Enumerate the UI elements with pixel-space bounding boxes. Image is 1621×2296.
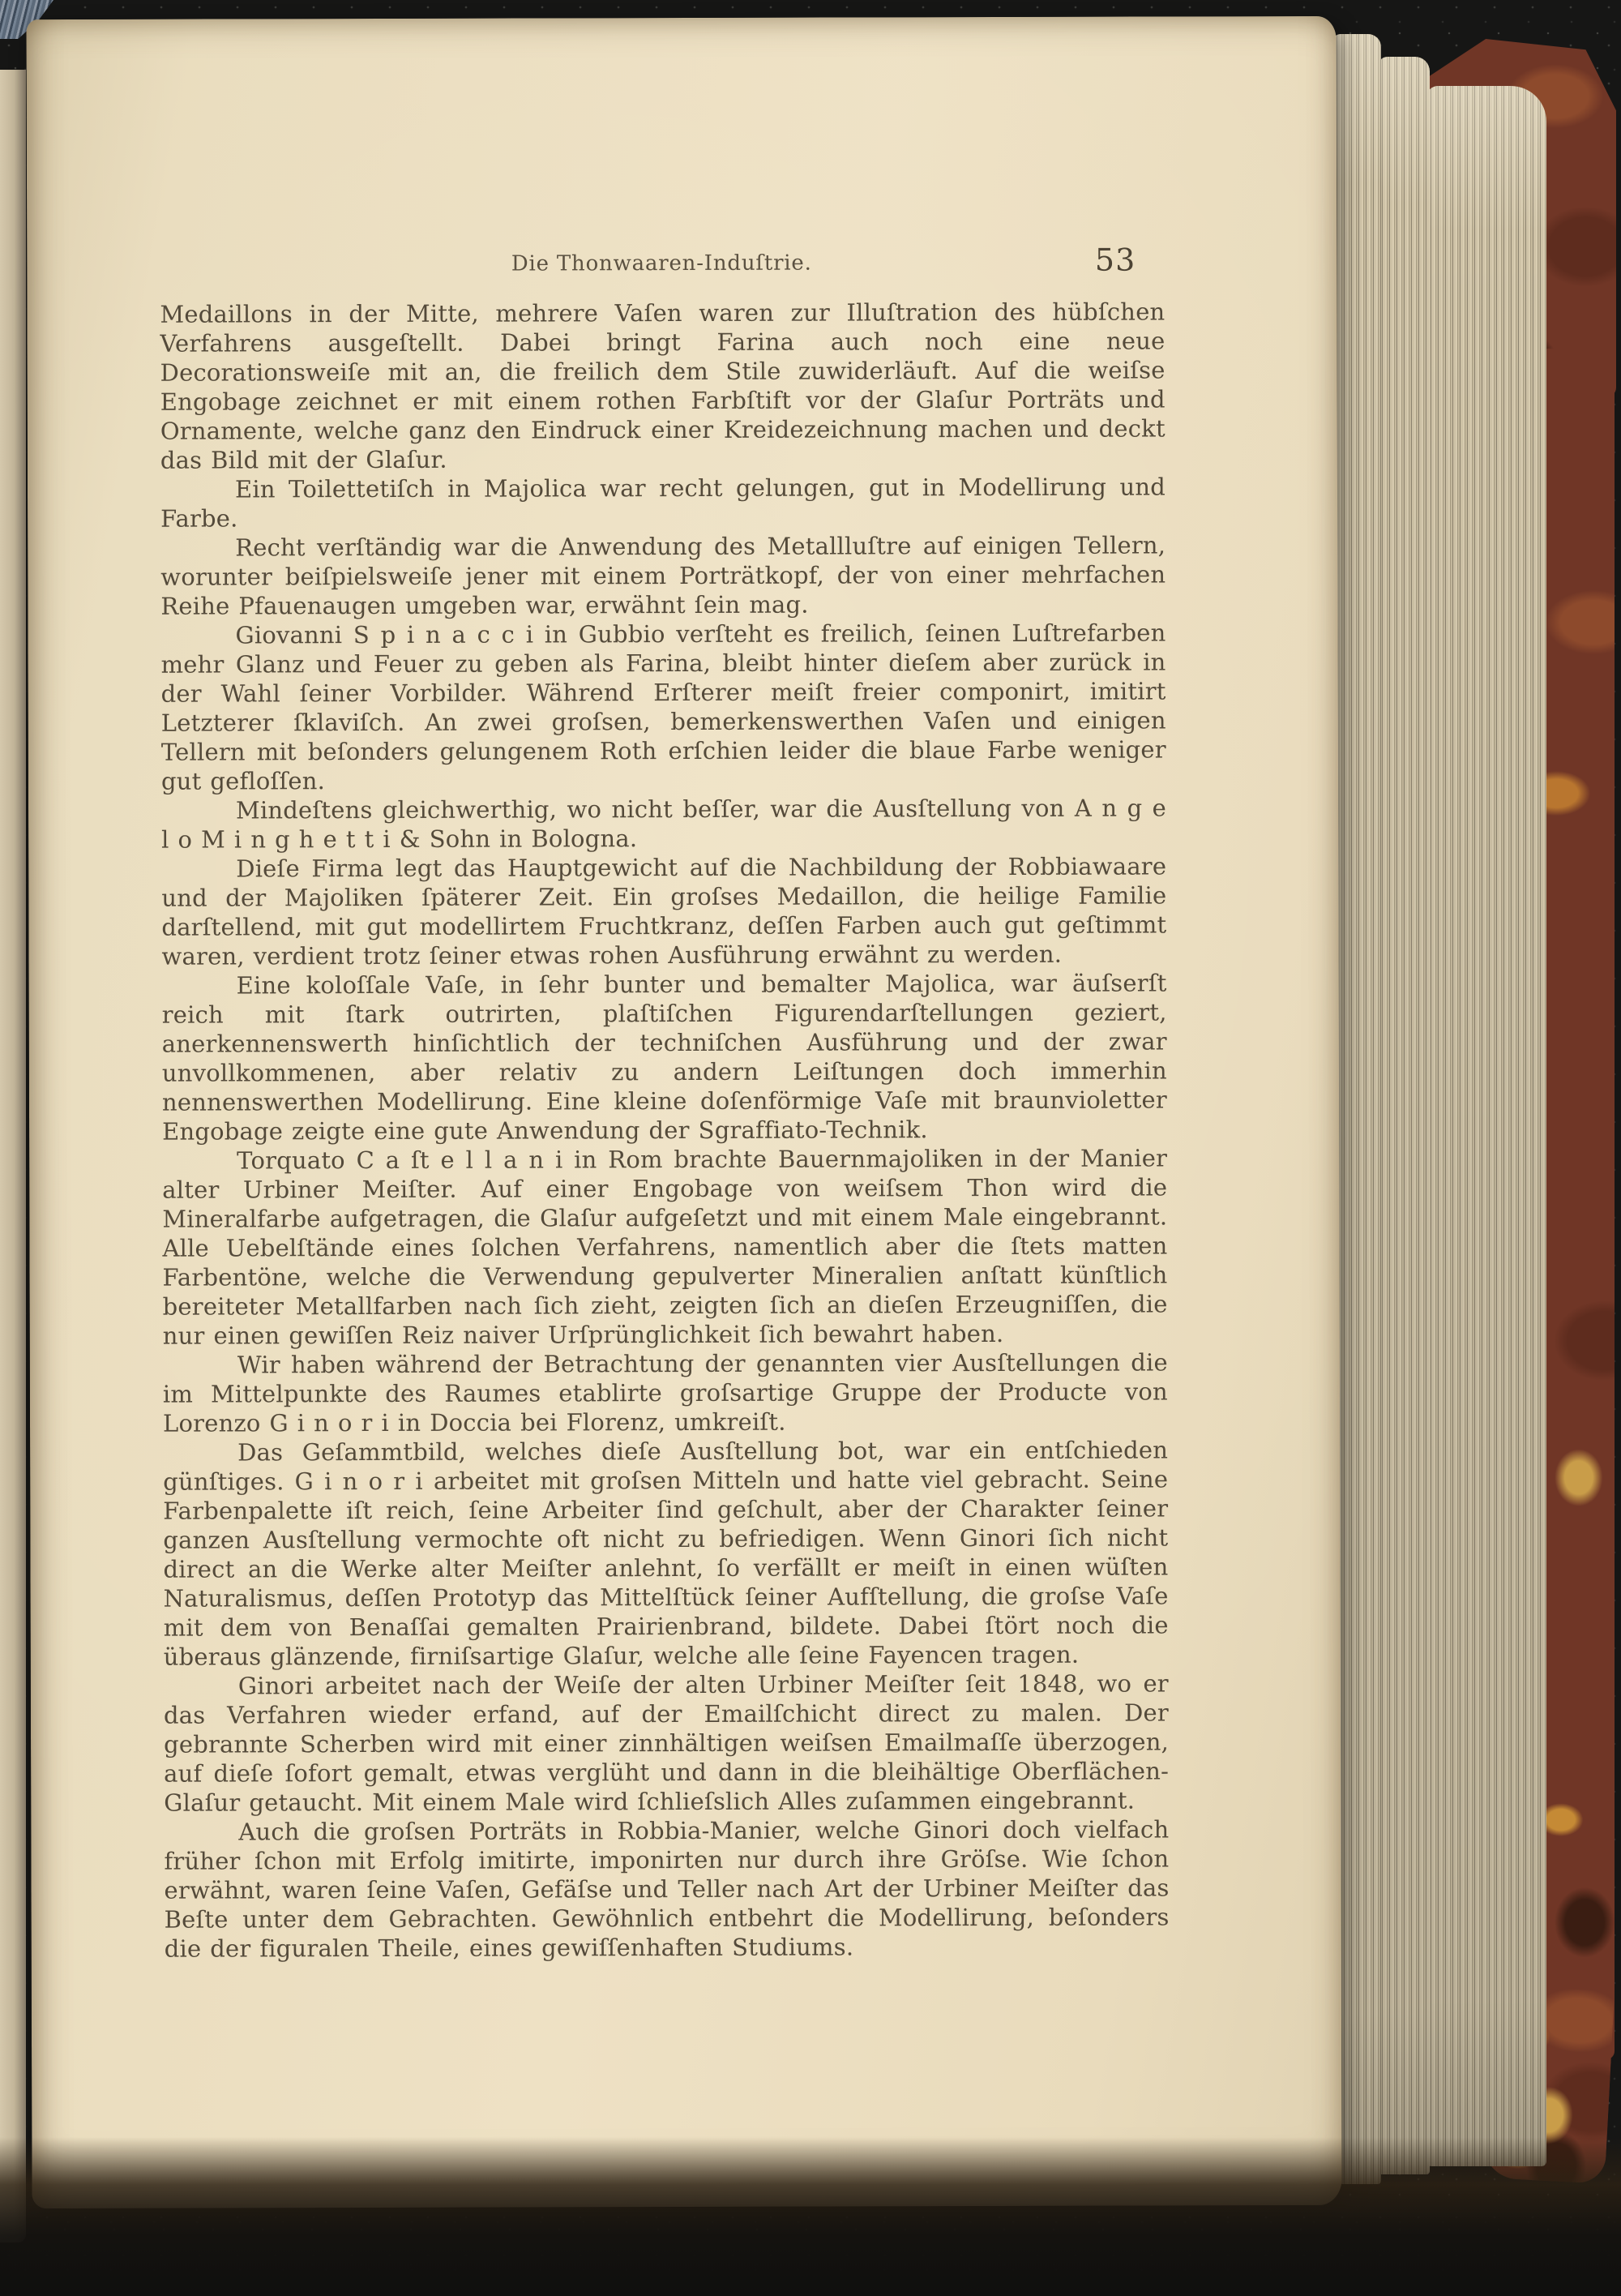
paragraph: Wir haben während der Betrachtung der ge… [163,1347,1168,1437]
scanned-book-photo: Die Thonwaaren-Induſtrie. 53 Medaillons … [0,0,1621,2296]
paragraph: Giovanni S p i n a c c i in Gubbio verſt… [160,618,1166,795]
paragraph: Medaillons in der Mitte, mehrere Vaſen w… [160,297,1165,474]
underlying-page-edge-left [0,70,26,2242]
paragraph: Dieſe Firma legt das Hauptgewicht auf di… [161,851,1166,970]
paragraph: Mindeſtens gleichwerthig, wo nicht beſſe… [161,793,1166,854]
paragraph: Ginori arbeitet nach der Weiſe der alten… [164,1668,1169,1817]
bottom-page-curl-shadow [0,2137,1621,2296]
running-title: Die Thonwaaren-Induſtrie. [511,251,812,276]
paragraph: Eine koloſſale Vaſe, in ſehr bunter und … [162,968,1168,1146]
running-head: Die Thonwaaren-Induſtrie. 53 [160,250,1163,276]
fore-edge-page-stack-outer [1426,86,1546,2166]
page-number: 53 [1095,242,1136,278]
paragraph: Auch die groſsen Porträts in Robbia-Mani… [164,1814,1169,1963]
marbled-cover-edge-right [1540,349,1615,2059]
fore-edge-page-stack-middle [1378,57,1430,2174]
book-page: Die Thonwaaren-Induſtrie. 53 Medaillons … [26,16,1341,2208]
paragraph: Torquato C a ſt e l l a n i in Rom brach… [162,1143,1168,1350]
page-text: Medaillons in der Mitte, mehrere Vaſen w… [160,297,1169,1963]
paragraph: Das Geſammtbild, welches dieſe Ausſtellu… [163,1435,1169,1671]
paragraph: Recht verſtändig war die Anwendung des M… [160,530,1165,620]
paragraph: Ein Toilettetiſch in Majolica war recht … [160,472,1165,533]
